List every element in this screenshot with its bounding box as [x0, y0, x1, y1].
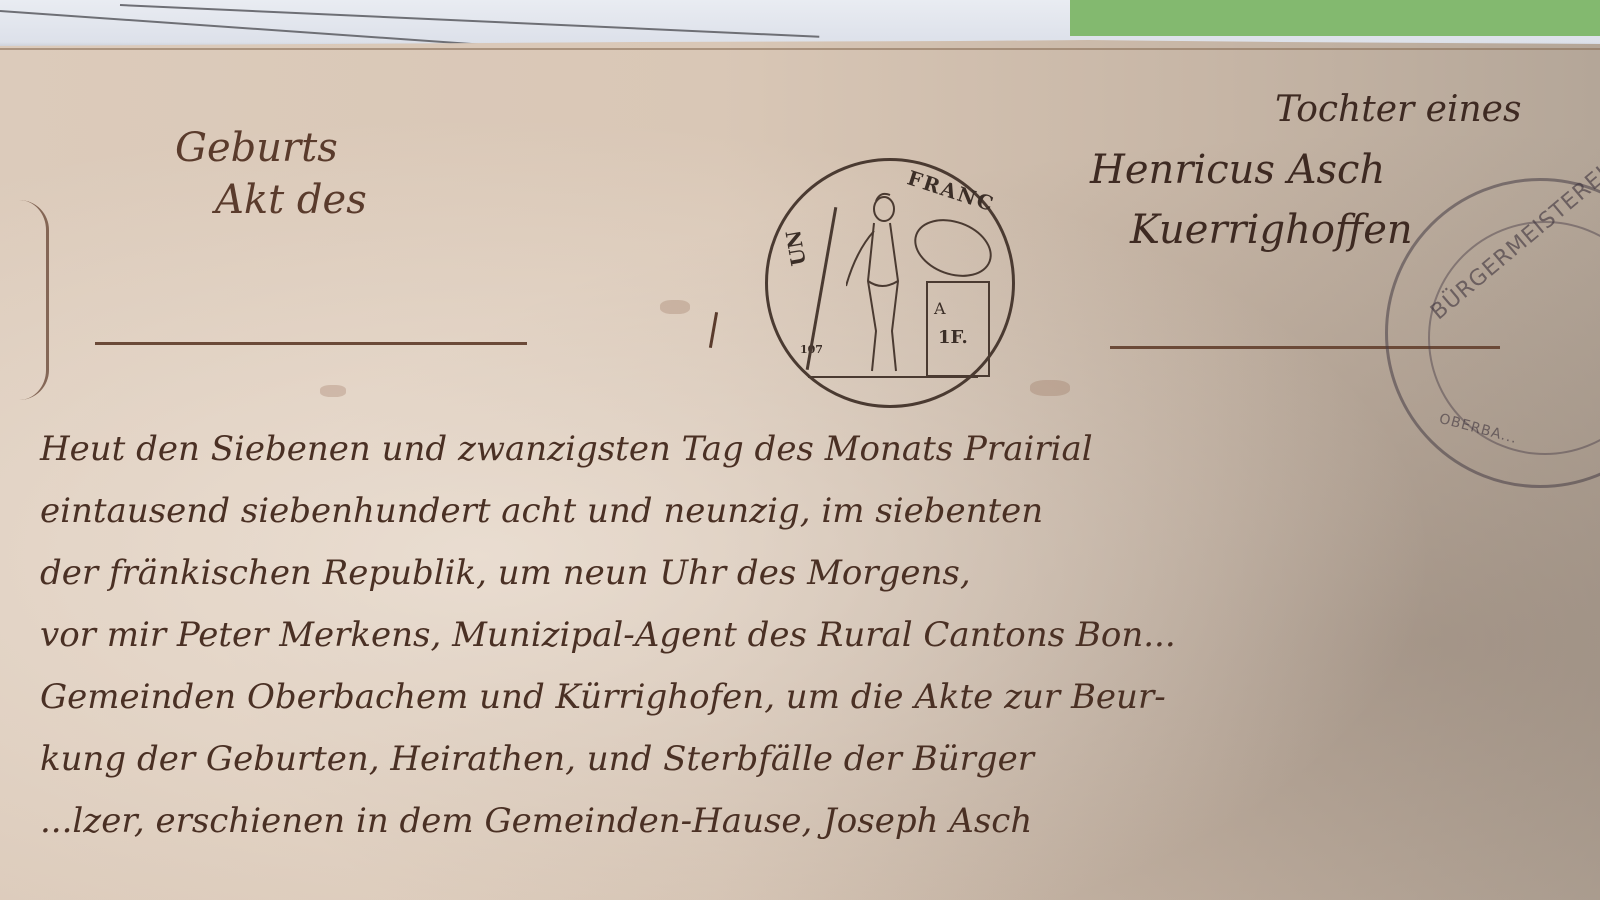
body-line: der fränkischen Republik, um neun Uhr de…	[40, 542, 1600, 604]
subject-prefix: Tochter eines	[1090, 80, 1521, 140]
stamp-un-text: UN	[781, 228, 811, 267]
body-line: Heut den Siebenen und zwanzigsten Tag de…	[40, 418, 1600, 480]
body-line: vor mir Peter Merkens, Munizipal-Agent d…	[40, 604, 1600, 666]
heading-line-1: Geburts	[175, 125, 338, 171]
body-line: eintausend siebenhundert acht und neunzi…	[40, 480, 1600, 542]
heading-line-2: Akt des	[175, 174, 367, 226]
green-surface	[1070, 0, 1600, 36]
ink-blot	[1030, 380, 1070, 396]
stamp-base-line	[808, 376, 978, 378]
record-body: Heut den Siebenen und zwanzigsten Tag de…	[40, 418, 1600, 852]
body-line: Gemeinden Oberbachem und Kürrighofen, um…	[40, 666, 1600, 728]
tax-stamp: FRANC UN 107 A 1F.	[765, 158, 1015, 408]
altar-top-text: A	[934, 299, 946, 318]
fold-line	[120, 4, 819, 38]
subject-name: Henricus Asch	[1090, 147, 1385, 193]
warrior-figure-icon	[846, 191, 916, 381]
altar-bottom-text: 1F.	[938, 327, 968, 348]
paper-edge	[0, 48, 1600, 50]
record-heading: Geburts Akt des	[175, 122, 367, 226]
body-line: ...lzer, erschienen in dem Gemeinden-Hau…	[40, 790, 1600, 852]
heading-underline	[95, 342, 527, 345]
ink-blot	[660, 300, 690, 314]
fold-line	[0, 10, 519, 48]
margin-ornament	[6, 200, 49, 400]
body-line: kung der Geburten, Heirathen, und Sterbf…	[40, 728, 1600, 790]
shield-icon	[906, 209, 1000, 287]
ink-blot	[320, 385, 346, 397]
